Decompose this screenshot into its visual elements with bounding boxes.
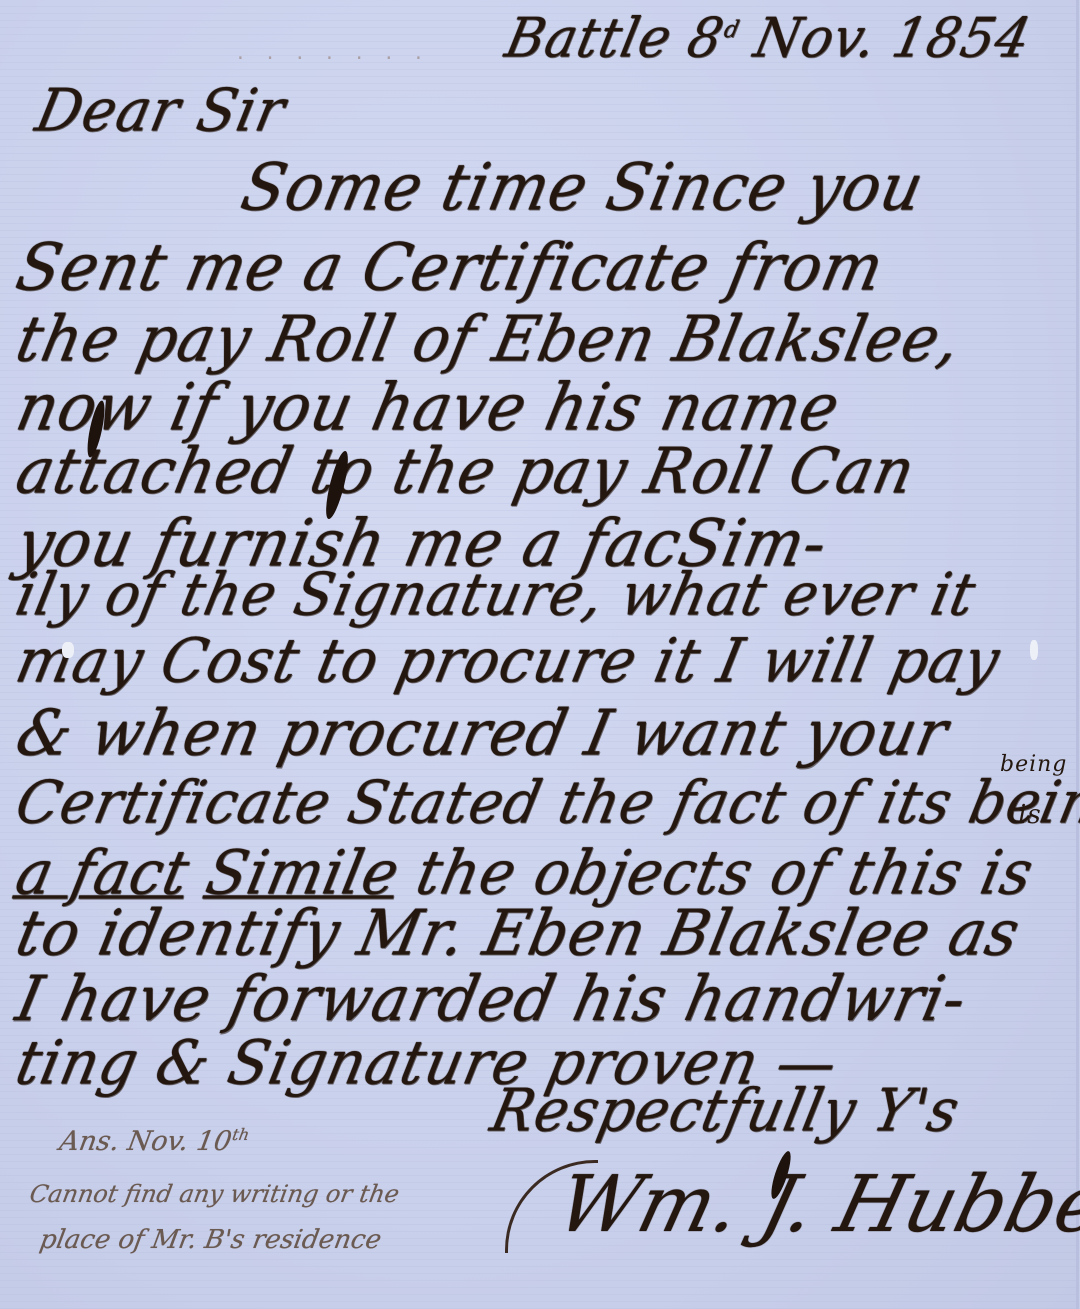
body-line-10-text: Certificate Stated the fact of its being: [10, 769, 1080, 837]
body-line-12: to identify Mr. Eben Blakslee as: [10, 897, 1026, 971]
body-line-1: Some time Since you: [235, 148, 931, 225]
body-line-5: attached to the pay Roll Can: [10, 435, 921, 509]
letter-page: · · · · · · · Battle 8d Nov. 1854 Dear S…: [0, 0, 1079, 1309]
body-line-8: may Cost to procure it I will pay: [10, 625, 1006, 696]
body-line-9: & when procured I want your: [10, 697, 955, 771]
annotation-answer-date: Ans. Nov. 10th: [57, 1125, 251, 1157]
dateline: Battle 8d Nov. 1854: [500, 7, 1036, 70]
body-line-3: the pay Roll of Eben Blakslee,: [10, 303, 967, 377]
annotation-line-2: Cannot find any writing or the: [28, 1180, 402, 1208]
faded-stamp-mark: · · · · · · ·: [235, 48, 428, 69]
dateline-place: Battle: [500, 7, 678, 70]
body-line-7: ily of the Signature, what ever it: [10, 561, 982, 629]
paper-hole: [62, 642, 74, 658]
annotation-line-1-sup: th: [231, 1125, 251, 1144]
dateline-month: Nov.: [749, 7, 883, 70]
inserted-word-being: being: [1000, 752, 1067, 777]
inserted-word-is: is: [1018, 800, 1042, 830]
dateline-year: 1854: [887, 7, 1037, 70]
paper-hole: [1030, 640, 1038, 660]
annotation-line-1: Ans. Nov. 10: [57, 1126, 234, 1157]
body-line-13: I have forwarded his handwri-: [10, 963, 973, 1037]
body-line-10: Certificate Stated the fact of its being: [10, 769, 1080, 837]
body-line-4: now if you have his name: [10, 368, 847, 445]
annotation-line-3: place of Mr. B's residence: [37, 1225, 383, 1255]
closing: Respectfully Y's: [485, 1077, 966, 1145]
body-line-2: Sent me a Certificate from: [10, 228, 891, 305]
salutation: Dear Sir: [30, 77, 292, 145]
signature: Wm. J. Hubbell: [549, 1160, 1080, 1250]
